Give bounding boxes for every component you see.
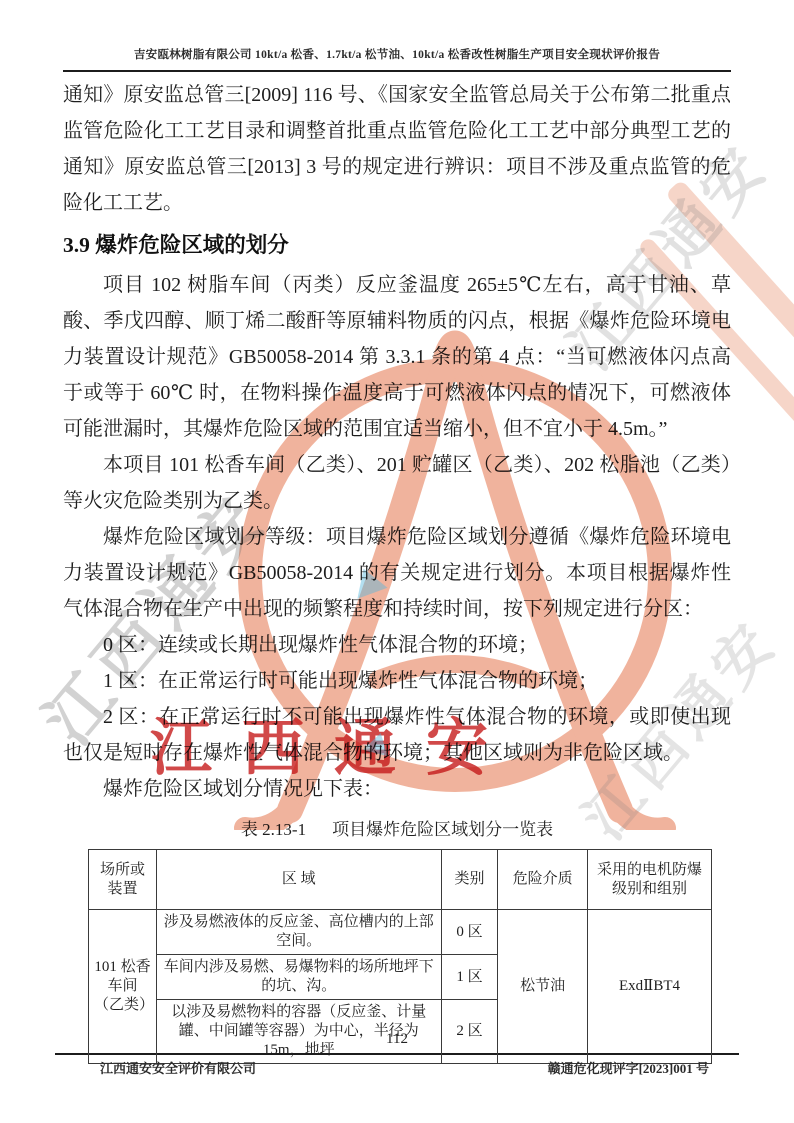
section-heading: 3.9 爆炸危险区域的划分 [63,230,731,260]
paragraph-zone-1: 1 区：在正常运行时可能出现爆炸性气体混合物的环境； [63,663,731,699]
col-header-motor: 采用的电机防爆级别和组别 [588,850,712,910]
col-header-medium: 危险介质 [498,850,588,910]
cell-area: 车间内涉及易燃、易爆物料的场所地坪下的坑、沟。 [156,955,441,1000]
table-caption-number: 表 2.13-1 [241,820,306,839]
header-divider [63,70,731,72]
paragraph: 项目 102 树脂车间（丙类）反应釜温度 265±5℃左右，高于甘油、草酸、季戊… [63,267,731,447]
page-header-title: 吉安瓯林树脂有限公司 10kt/a 松香、1.7kt/a 松节油、10kt/a … [63,46,731,62]
cell-zone: 0 区 [441,910,498,955]
document-body: 通知》原安监总管三[2009] 116 号、《国家安全监管总局关于公布第二批重点… [63,77,731,1064]
col-header-zone: 类别 [441,850,498,910]
table-caption: 表 2.13-1项目爆炸危险区域划分一览表 [63,817,731,843]
col-header-area: 区 域 [156,850,441,910]
footer-certificate-number: 赣通危化现评字[2023]001 号 [548,1058,709,1077]
paragraph-table-intro: 爆炸危险区域划分情况见下表： [63,771,731,807]
table-caption-title: 项目爆炸危险区域划分一览表 [332,820,553,839]
paragraph-continuation: 通知》原安监总管三[2009] 116 号、《国家安全监管总局关于公布第二批重点… [63,77,731,221]
document-page: 吉安瓯林树脂有限公司 10kt/a 松香、1.7kt/a 松节油、10kt/a … [0,0,794,1123]
paragraph: 本项目 101 松香车间（乙类）、201 贮罐区（乙类）、202 松脂池（乙类）… [63,447,731,519]
table-header-row: 场所或装置 区 域 类别 危险介质 采用的电机防爆级别和组别 [89,850,712,910]
paragraph-zone-2: 2 区：在正常运行时不可能出现爆炸性气体混合物的环境，或即使出现也仅是短时存在爆… [63,699,731,771]
page-number: 112 [63,1031,731,1048]
paragraph: 爆炸危险区域划分等级：项目爆炸危险区域划分遵循《爆炸危险环境电力装置设计规范》G… [63,519,731,627]
footer-company: 江西通安安全评价有限公司 [100,1058,256,1077]
col-header-location: 场所或装置 [89,850,157,910]
paragraph-zone-0: 0 区：连续或长期出现爆炸性气体混合物的环境； [63,627,731,663]
table-row: 101 松香车间（乙类） 涉及易燃液体的反应釜、高位槽内的上部空间。 0 区 松… [89,910,712,955]
cell-zone: 1 区 [441,955,498,1000]
cell-area: 涉及易燃液体的反应釜、高位槽内的上部空间。 [156,910,441,955]
